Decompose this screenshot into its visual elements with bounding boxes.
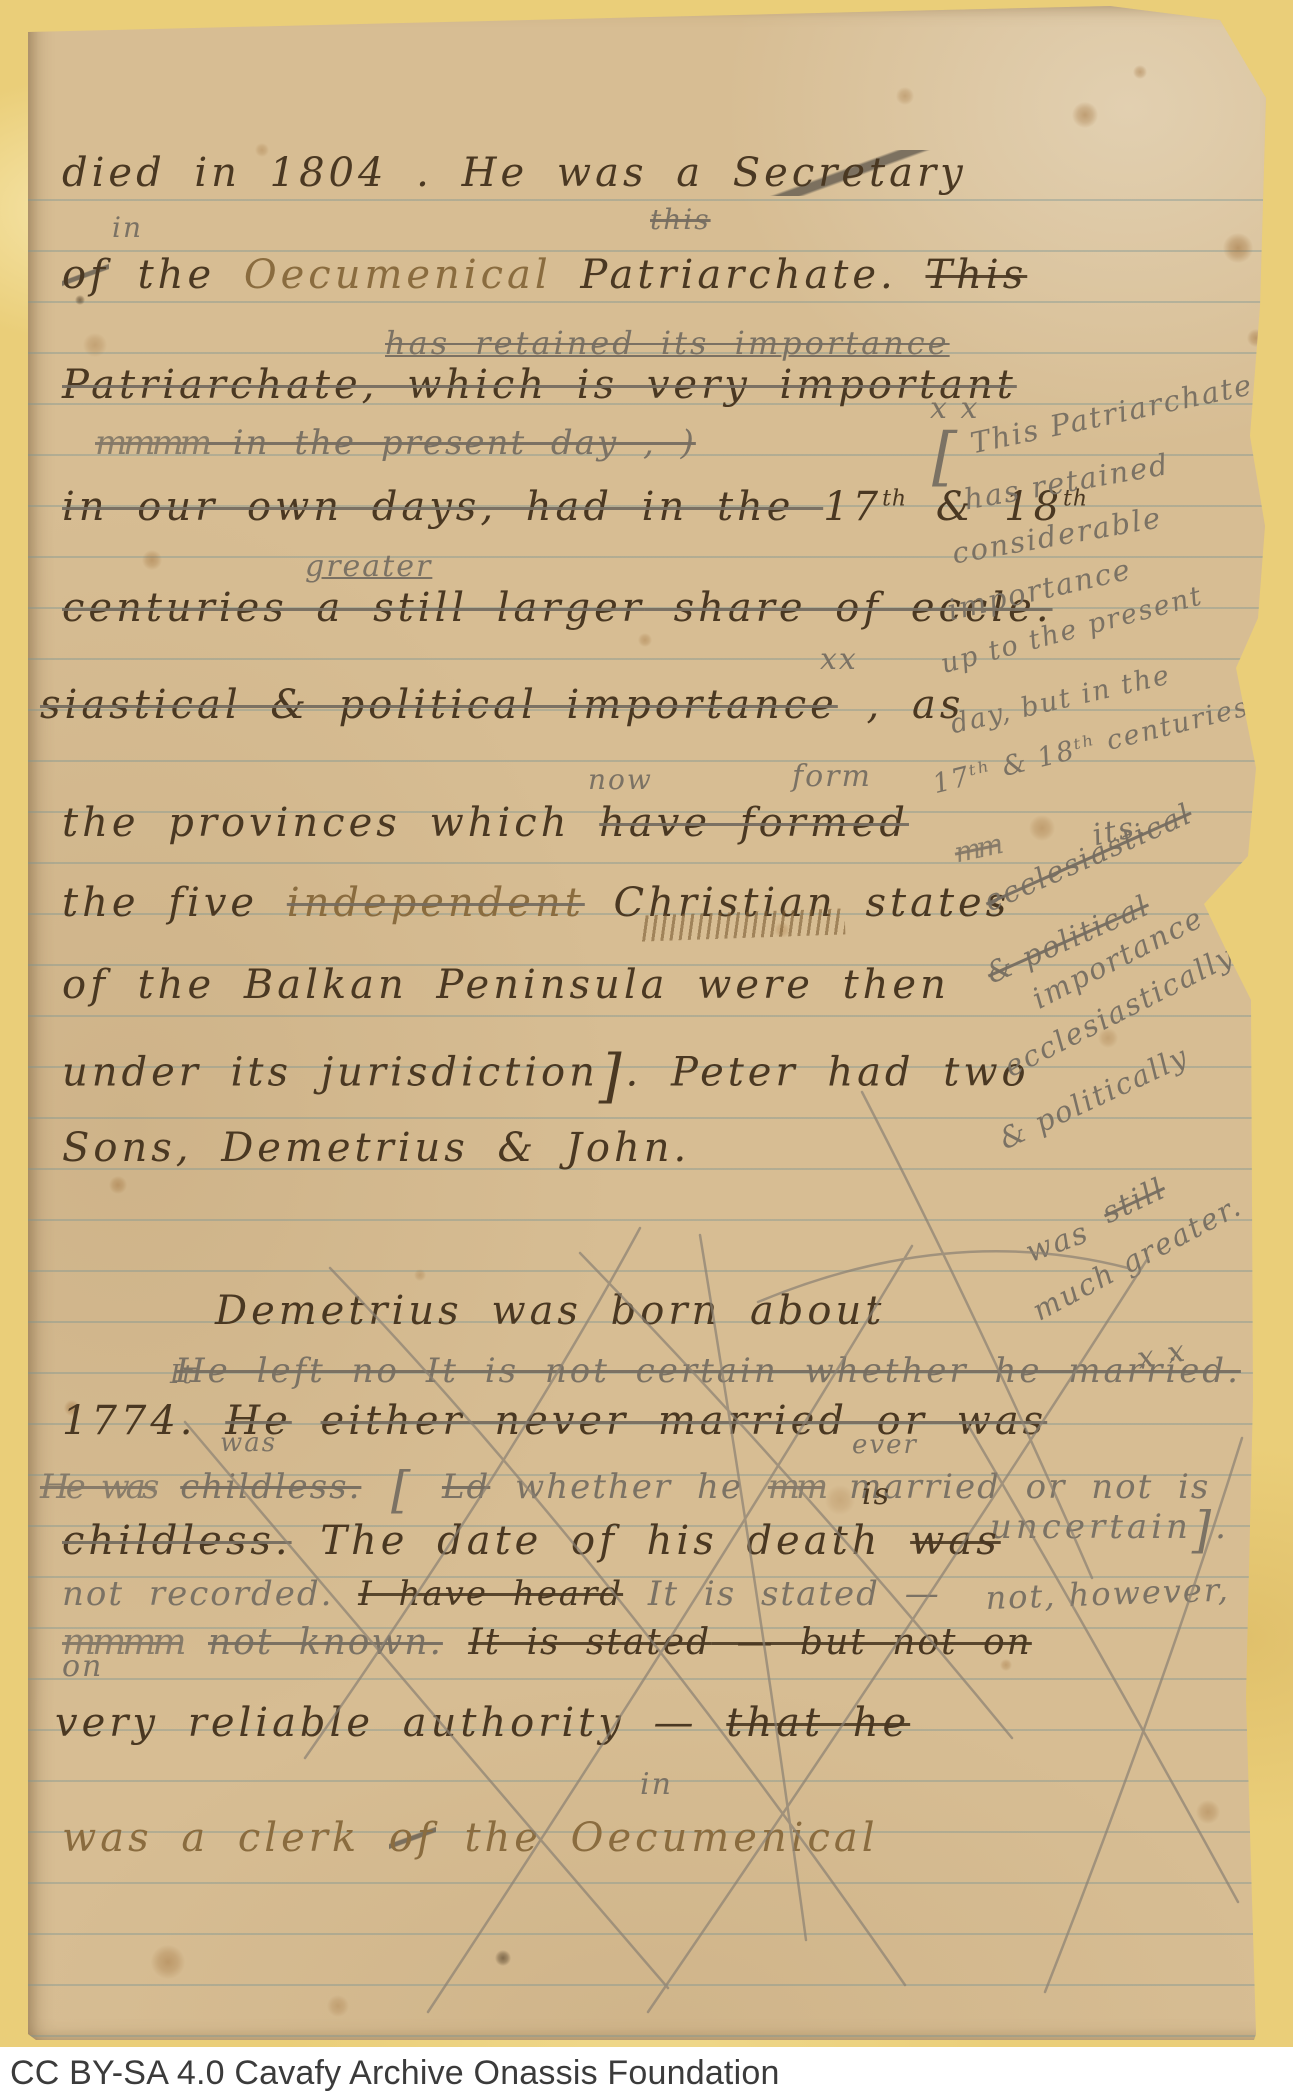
license-text: CC BY-SA 4.0 Cavafy Archive Onassis Foun… (10, 2047, 780, 2100)
attribution-bar: CC BY-SA 4.0 Cavafy Archive Onassis Foun… (0, 2047, 1293, 2100)
crossout-strokes (0, 0, 1293, 2100)
scanned-manuscript: died in 1804 . He was a Secretaryof the … (0, 0, 1293, 2100)
manuscript-paper: died in 1804 . He was a Secretaryof the … (28, 6, 1278, 2040)
